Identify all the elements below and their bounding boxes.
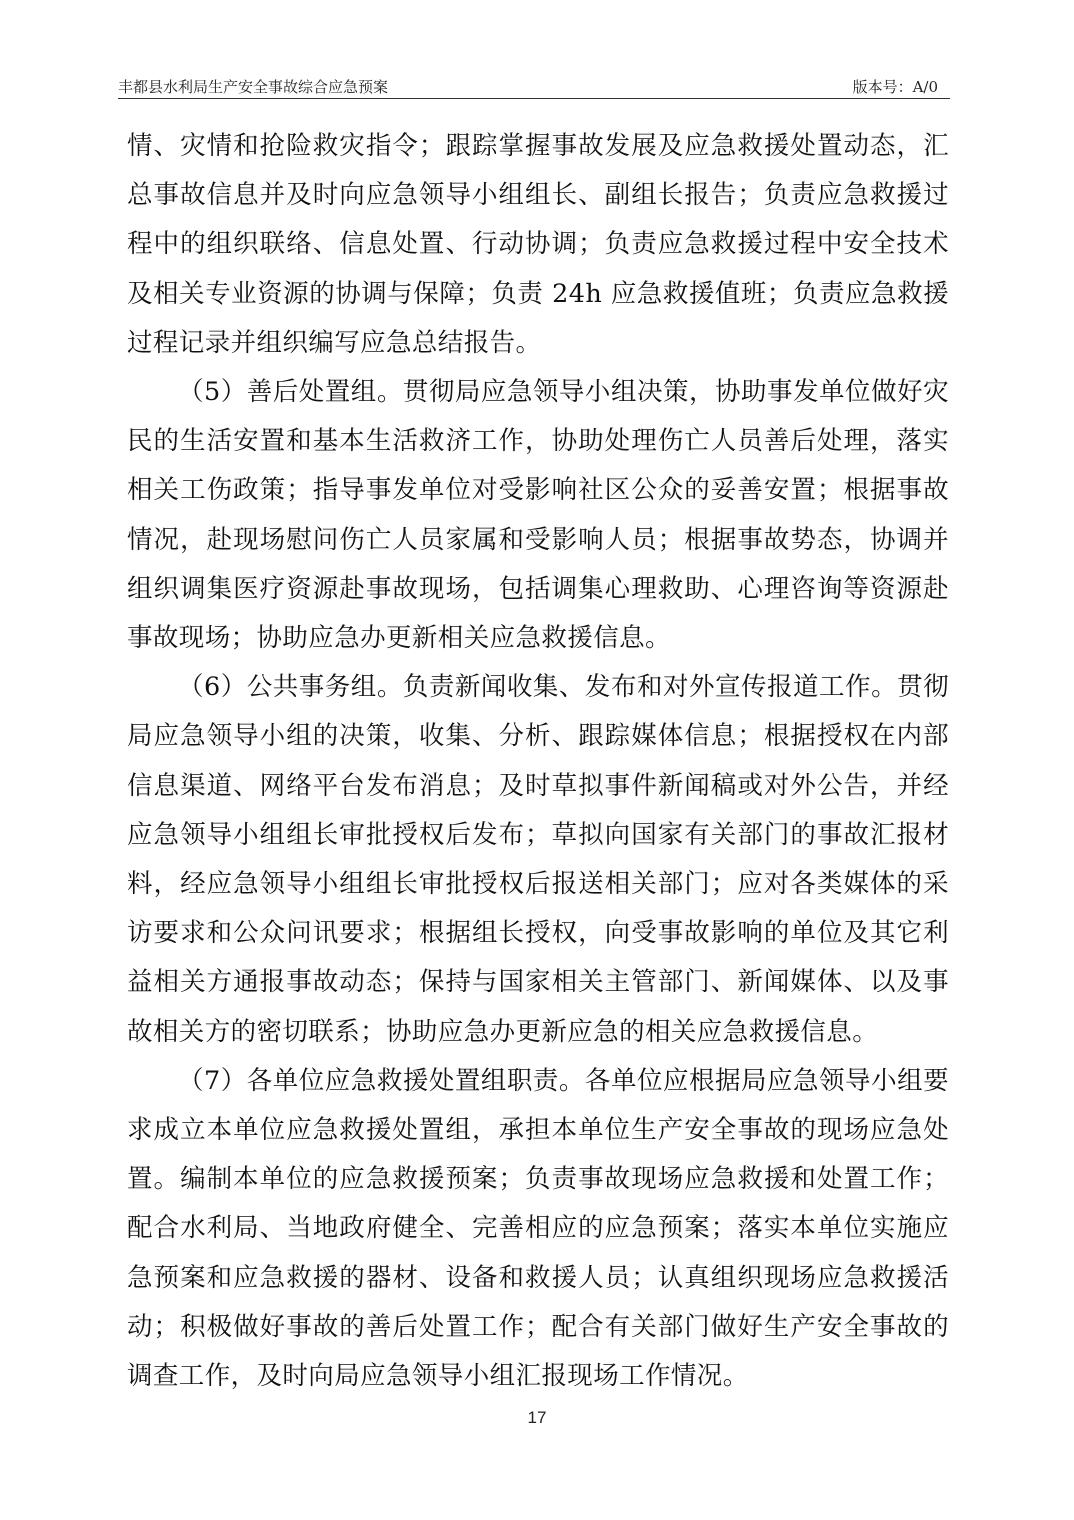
document-body: 情、灾情和抢险救灾指令；跟踪掌握事故发展及应急救援处置动态，汇总事故信息并及时向… xyxy=(127,122,949,1401)
paragraph-unit-response-group: （7）各单位应急救援处置组职责。各单位应根据局应急领导小组要求成立本单位应急救援… xyxy=(127,1057,949,1401)
paragraph-public-affairs-group: （6）公共事务组。负责新闻收集、发布和对外宣传报道工作。贯彻局应急领导小组的决策… xyxy=(127,663,949,1057)
paragraph-aftermath-group: （5）善后处置组。贯彻局应急领导小组决策，协助事发单位做好灾民的生活安置和基本生… xyxy=(127,368,949,663)
page-number: 17 xyxy=(0,1408,1074,1428)
page-header: 丰都县水利局生产安全事故综合应急预案 版本号：A/0 xyxy=(118,74,950,99)
paragraph-continuation: 情、灾情和抢险救灾指令；跟踪掌握事故发展及应急救援处置动态，汇总事故信息并及时向… xyxy=(127,122,949,368)
document-title: 丰都县水利局生产安全事故综合应急预案 xyxy=(118,76,388,97)
version-number: 版本号：A/0 xyxy=(853,76,938,97)
